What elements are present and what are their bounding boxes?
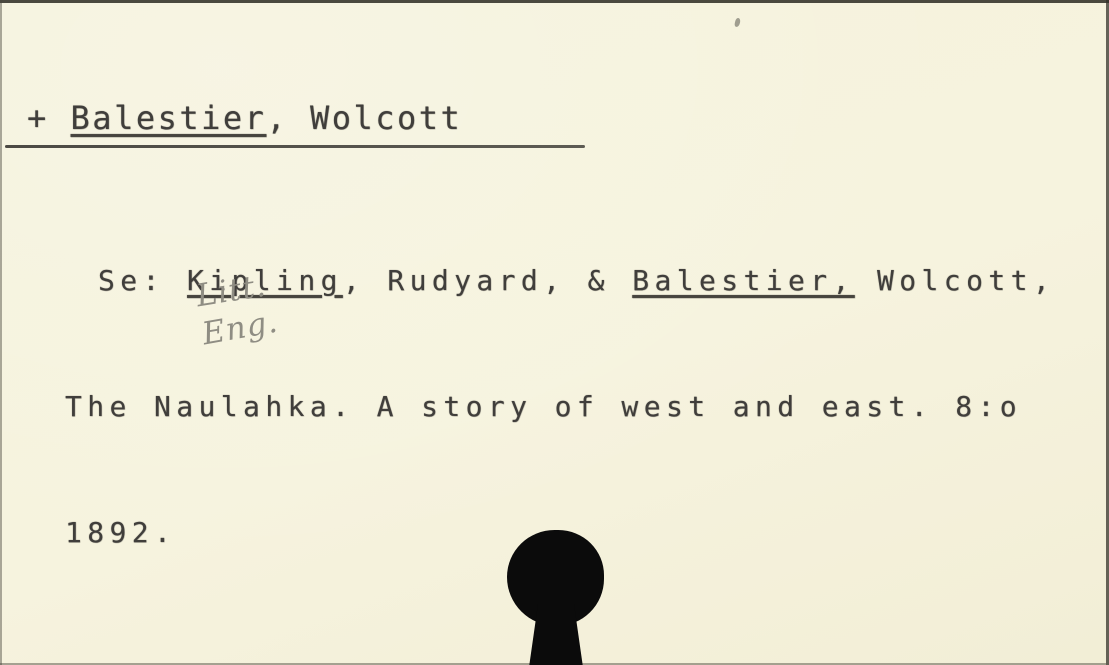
referenced-author-forename: , Rudyard, &: [343, 264, 632, 297]
title-line: The Naulahka. A story of west and east. …: [65, 386, 1055, 428]
see-label: Se:: [98, 264, 187, 297]
library-catalog-card: + Balestier, Wolcott Se: Kipling, Rudyar…: [0, 0, 1109, 665]
heading-author-underlined: Balestier: [71, 99, 267, 137]
heading-line: + Balestier, Wolcott: [27, 100, 462, 136]
card-top-edge: [0, 0, 1109, 3]
handwritten-annotation: Litt. Eng.: [196, 272, 278, 346]
ink-speck: [734, 18, 741, 28]
heading-rule: [5, 145, 585, 148]
card-left-edge: [0, 0, 2, 665]
heading-cross-mark: +: [27, 99, 71, 137]
referenced-author-forename-2: Wolcott,: [855, 264, 1055, 297]
heading-forename: , Wolcott: [266, 99, 462, 137]
referenced-author-balestier: Balestier,: [632, 264, 855, 297]
